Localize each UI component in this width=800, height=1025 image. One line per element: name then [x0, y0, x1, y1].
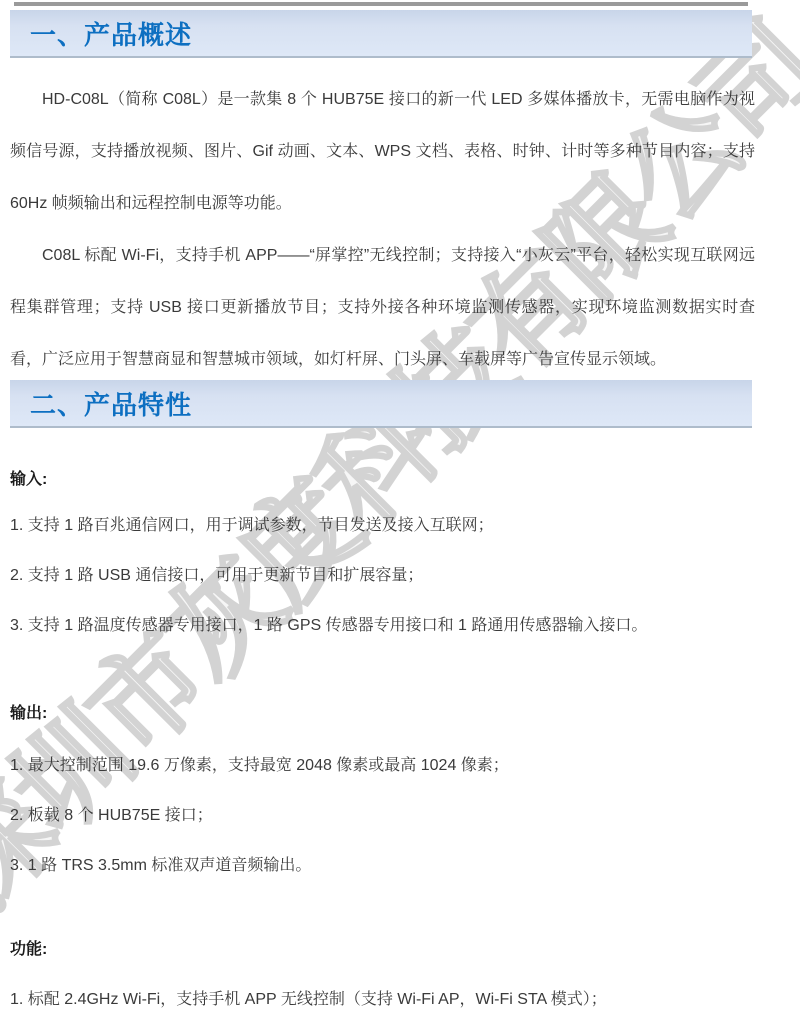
- list-item: 2. 支持 1 路 USB 通信接口，可用于更新节目和扩展容量；: [10, 564, 755, 588]
- section-header-features: 二、产品特性: [10, 380, 752, 428]
- section-title-overview: 一、产品概述: [30, 15, 192, 52]
- overview-paragraph: C08L 标配 Wi-Fi，支持手机 APP——“屏掌控”无线控制；支持接入“小…: [10, 230, 755, 386]
- group-heading-input: 输入:: [10, 468, 755, 492]
- features-content: 输入: 1. 支持 1 路百兆通信网口，用于调试参数，节目发送及接入互联网； 2…: [10, 468, 755, 1012]
- overview-paragraph: HD-C08L（简称 C08L）是一款集 8 个 HUB75E 接口的新一代 L…: [10, 74, 755, 230]
- group-heading-output: 输出:: [10, 702, 755, 726]
- list-item: 3. 支持 1 路温度传感器专用接口，1 路 GPS 传感器专用接口和 1 路通…: [10, 614, 755, 638]
- list-item: 1. 支持 1 路百兆通信网口，用于调试参数，节目发送及接入互联网；: [10, 514, 755, 538]
- section-header-overview: 一、产品概述: [10, 10, 752, 58]
- list-item: 2. 板载 8 个 HUB75E 接口；: [10, 804, 755, 828]
- section-title-features: 二、产品特性: [30, 385, 192, 422]
- document-page: 一、产品概述 HD-C08L（简称 C08L）是一款集 8 个 HUB75E 接…: [0, 2, 800, 1012]
- list-item: 1. 最大控制范围 19.6 万像素，支持最宽 2048 像素或最高 1024 …: [10, 754, 755, 778]
- top-divider-rule: [14, 2, 748, 6]
- group-heading-function: 功能:: [10, 938, 755, 962]
- list-item: 3. 1 路 TRS 3.5mm 标准双声道音频输出。: [10, 854, 755, 878]
- list-item: 1. 标配 2.4GHz Wi-Fi，支持手机 APP 无线控制（支持 Wi-F…: [10, 988, 755, 1012]
- overview-content: HD-C08L（简称 C08L）是一款集 8 个 HUB75E 接口的新一代 L…: [10, 74, 755, 386]
